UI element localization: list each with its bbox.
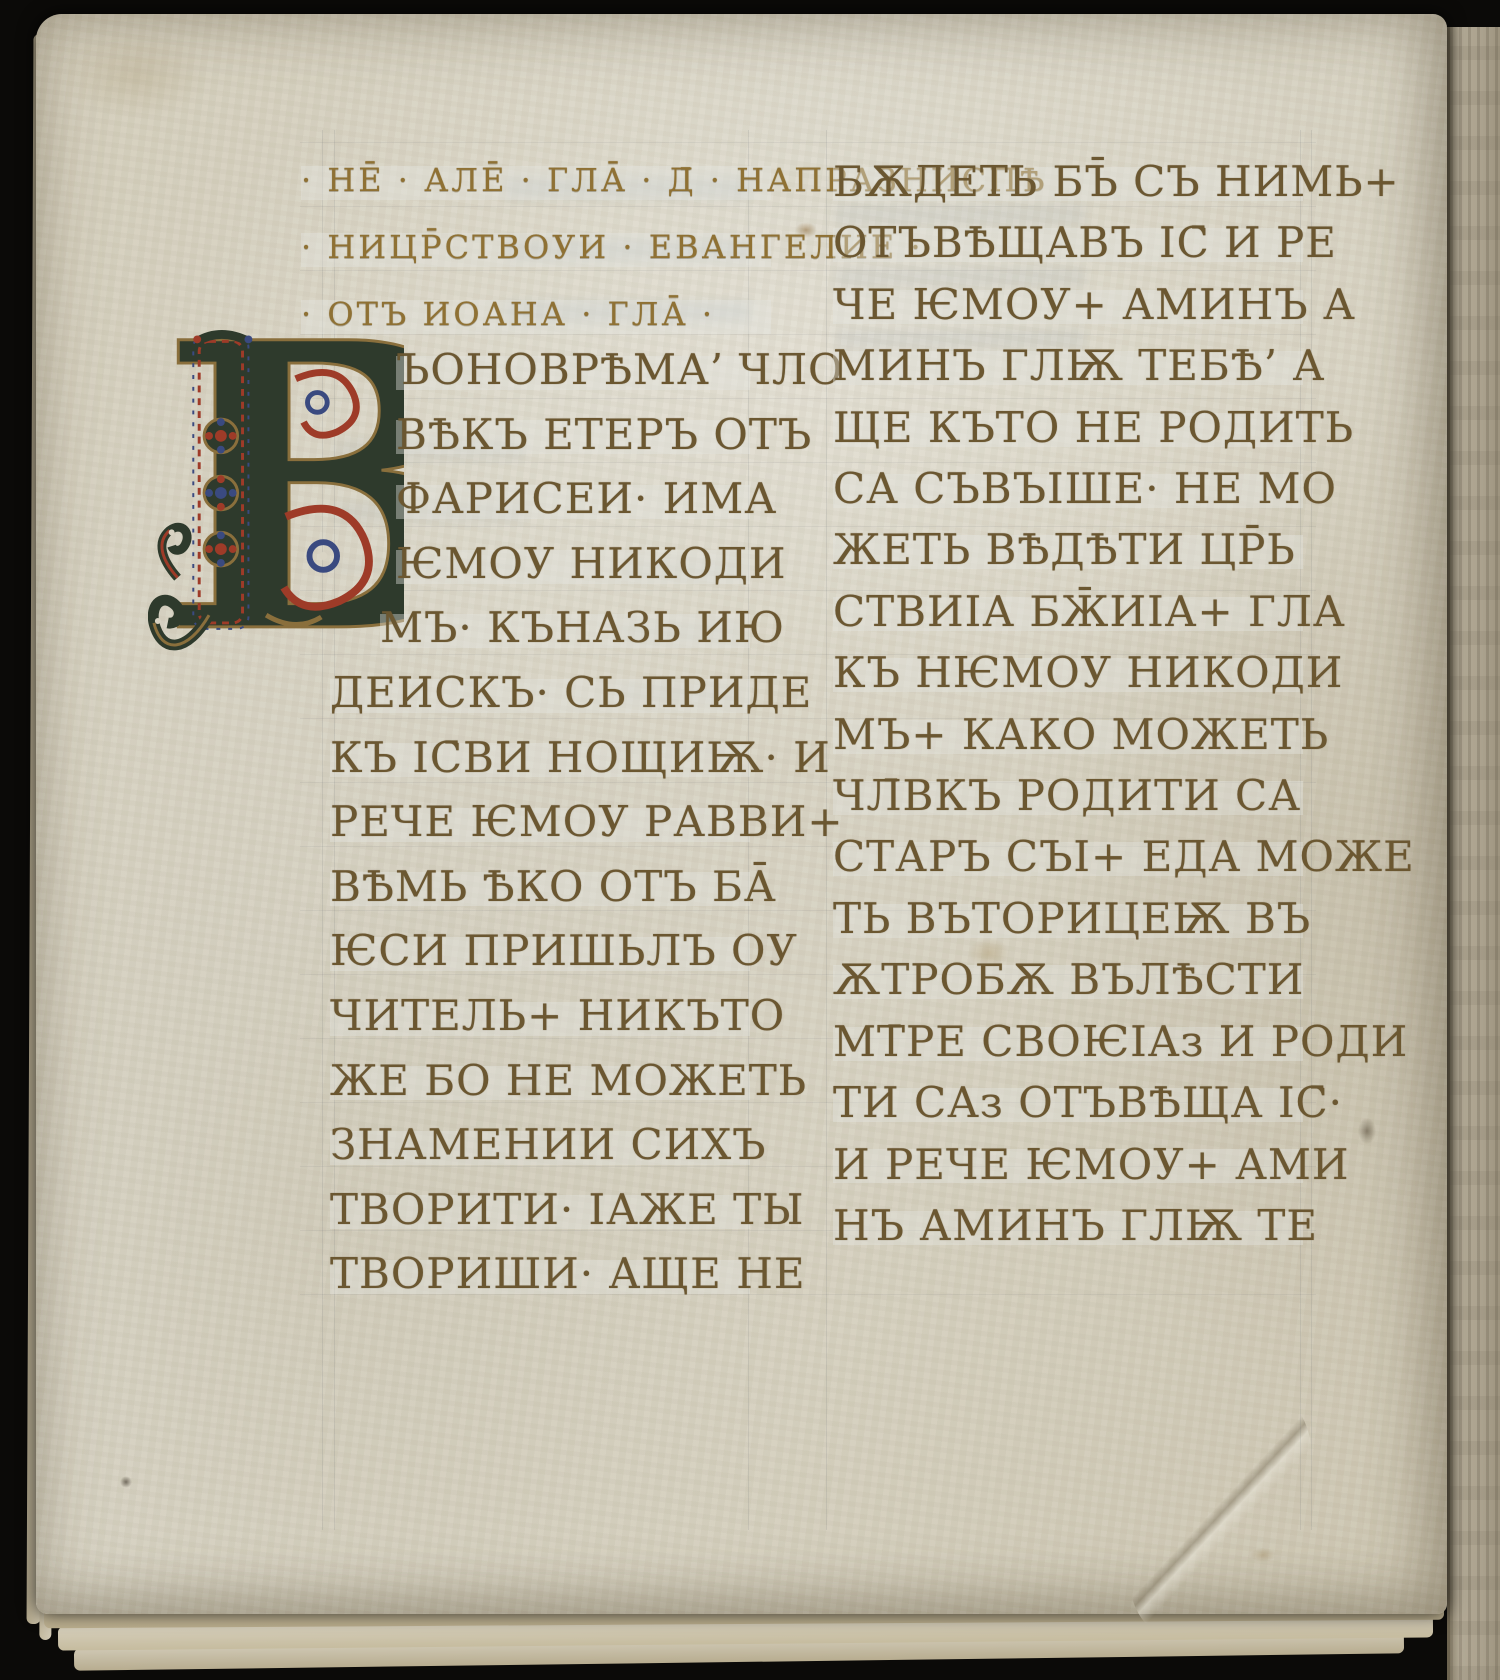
text-line: ВѢМЬ ѢКО ОТЪ БА̄ [330,855,750,920]
text-line: ЩЕ КЪТО НЕ РОДИТЬ [833,397,1303,458]
text-line: КЪ ІС̄ВИ НОЩИѬ· И [330,726,750,791]
text-line: ЧЛ̄ВКЪ РОДИТИ СА [833,765,1303,826]
text-line: ЧИТЕЛЬ+ НИКЪТО [330,984,750,1049]
text-line: ФАРИСЕИ· ИМА [396,467,750,532]
text-line: ЪОНОВРѢМА’ ЧЛО [396,338,750,403]
text-line: БѪДЕТЬ БЪ̄ СЪ НИМЬ+ [833,151,1303,212]
text-line: МЪ· КЪНАЗЬ ИЮ [380,596,750,661]
text-line: ТВОРИТИ· ІАЖЕ ТЫ [330,1178,750,1243]
text-line: ѪТРОБѪ ВЪЛѢСТИ [833,949,1303,1010]
rubric-line: · НЕ̄ · АЛЕ̄ · ГЛА̄ · Д̄ · НАПРАЗНИСПѢ [301,147,771,214]
text-line: ѤСИ ПРИШЬЛЪ ОУ [330,919,750,984]
text-line: ЗНАМЕНИИ СИХЪ [330,1113,750,1178]
stain [1358,1118,1376,1144]
text-line: СТВИІА БЖ̄ИІА+ ГЛА [833,581,1303,642]
text-line: КЪ НѤМОУ НИКОДИ [833,642,1303,703]
text-line: РЕЧЕ ѤМОУ РАВВИ+ [330,790,750,855]
text-line: ОТЪВѢЩАВЪ ІС̄ И РЕ [833,212,1303,273]
text-line: ЧЕ ѤМОУ+ АМИНЪ А [833,274,1303,335]
text-line: ТЬ ВЪТОРИЦЕѬ ВЪ [833,888,1303,949]
text-line: ТВОРИШИ· АЩЕ НЕ [330,1242,750,1307]
text-line: ВѢКЪ ЕТЕРЪ ОТЪ [396,403,750,468]
gutter-shadow [1447,0,1500,27]
text-line: НЪ АМИНЪ ГЛѬ ТЕ [833,1195,1303,1256]
text-line: ТИ САз ОТЪВѢЩА ІС̄· [833,1072,1303,1133]
text-line: СТАРЪ СЪІ+ ЕДА МОЖЕ [833,826,1303,887]
text-line: МЪ+ КАКО МОЖЕТЬ [833,704,1303,765]
rubric-line: · НИЦР̄СТВОУИ · ЕВАНГЕЛИЕ · [301,214,771,281]
text-line: ЖЕ БО НЕ МОЖЕТЬ [330,1049,750,1114]
left-text-column: ЪОНОВРѢМА’ ЧЛОВѢКЪ ЕТЕРЪ ОТЪФАРИСЕИ· ИМА… [330,338,750,1307]
text-line: ДЕИСКЪ· СЬ ПРИДЕ [330,661,750,726]
text-line: МТ̄РЕ СВОѤІАз И РОДИ [833,1011,1303,1072]
stain [120,1476,132,1488]
manuscript-photo: · НЕ̄ · АЛЕ̄ · ГЛА̄ · Д̄ · НАПРАЗНИСПѢ· … [0,0,1500,1680]
text-line: СА СЪВЪІШЕ· НЕ МО [833,458,1303,519]
text-line: ЖЕТЬ ВѢДѢТИ ЦР̄Ь [833,519,1303,580]
right-text-column: БѪДЕТЬ БЪ̄ СЪ НИМЬ+ОТЪВѢЩАВЪ ІС̄ И РЕЧЕ … [833,151,1303,1256]
text-line: ѤМОУ НИКОДИ [396,532,750,597]
stem-rosettes [204,418,237,567]
stain [60,30,210,120]
text-line: И РЕЧЕ ѤМОУ+ АМИ [833,1134,1303,1195]
text-line: МИНЪ ГЛѬ ТЕБѢ’ А [833,335,1303,396]
stain [1250,1548,1276,1562]
binding-gutter-strip [1447,26,1500,1680]
ruling-vertical [1311,130,1312,1530]
